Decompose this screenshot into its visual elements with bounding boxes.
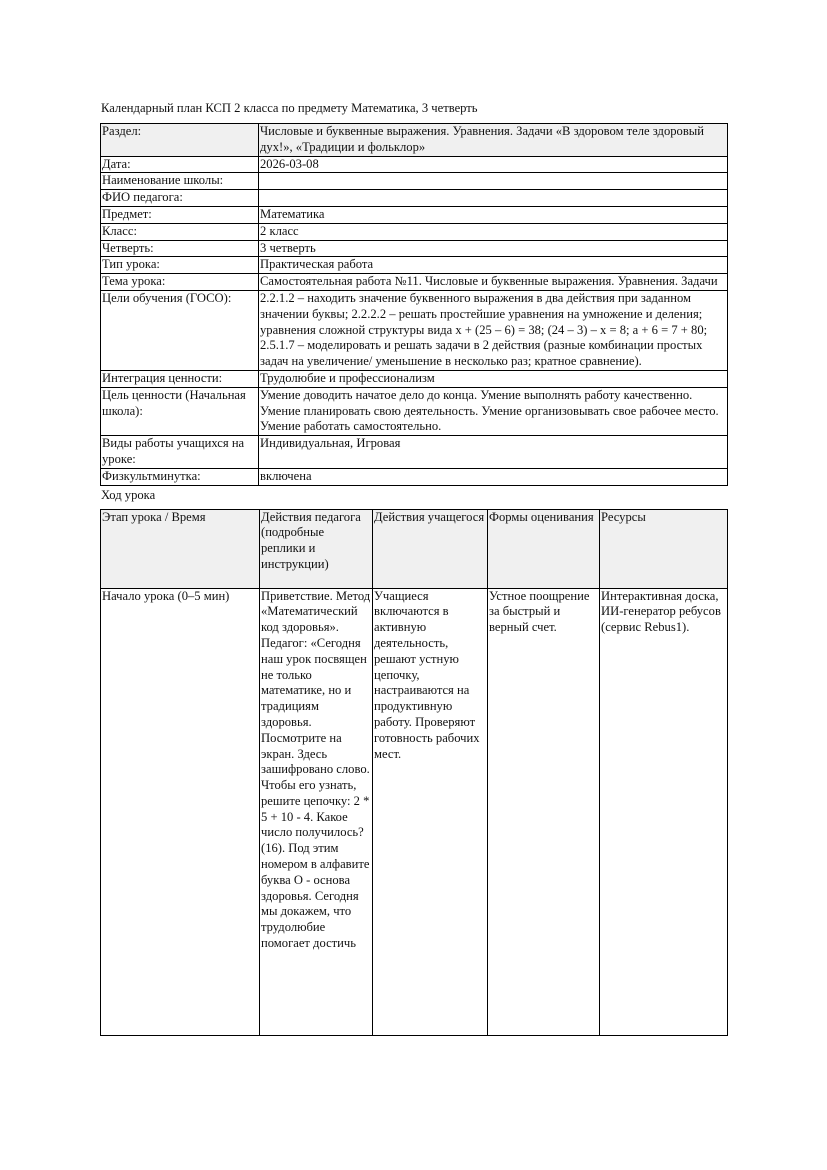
info-label: Тип урока: (101, 257, 259, 274)
info-value: 2026-03-08 (259, 156, 728, 173)
lesson-flow-row: Начало урока (0–5 мин) Приветствие. Мето… (101, 588, 728, 1035)
info-row: Физкультминутка:включена (101, 468, 728, 485)
info-value (259, 173, 728, 190)
info-row: ФИО педагога: (101, 190, 728, 207)
info-label: Дата: (101, 156, 259, 173)
info-value: 2 класс (259, 223, 728, 240)
info-row: Тема урока:Самостоятельная работа №11. Ч… (101, 274, 728, 291)
info-row: Предмет:Математика (101, 206, 728, 223)
info-row: Цели обучения (ГОСО):2.2.1.2 – находить … (101, 290, 728, 370)
header-resources: Ресурсы (600, 509, 728, 588)
document-title: Календарный план КСП 2 класса по предмет… (101, 100, 728, 116)
info-label: ФИО педагога: (101, 190, 259, 207)
info-value: 2.2.1.2 – находить значение буквенного в… (259, 290, 728, 370)
cell-stage: Начало урока (0–5 мин) (101, 588, 260, 1035)
info-value: Индивидуальная, Игровая (259, 436, 728, 469)
document-page: Календарный план КСП 2 класса по предмет… (100, 100, 728, 1036)
info-label: Виды работы учащихся на уроке: (101, 436, 259, 469)
info-row: Четверть:3 четверть (101, 240, 728, 257)
cell-assessment: Устное поощрение за быстрый и верный сче… (488, 588, 600, 1035)
info-value: Математика (259, 206, 728, 223)
info-label: Предмет: (101, 206, 259, 223)
info-label: Раздел: (101, 124, 259, 157)
header-assessment: Формы оценивания (488, 509, 600, 588)
cell-resources: Интерактивная доска, ИИ-генератор ребусо… (600, 588, 728, 1035)
info-value: Трудолюбие и профессионализм (259, 370, 728, 387)
cell-teacher-actions: Приветствие. Метод «Математический код з… (260, 588, 373, 1035)
info-row: Наименование школы: (101, 173, 728, 190)
info-value: Числовые и буквенные выражения. Уравнени… (259, 124, 728, 157)
info-value: 3 четверть (259, 240, 728, 257)
info-label: Физкультминутка: (101, 468, 259, 485)
info-value: включена (259, 468, 728, 485)
info-row: Дата:2026-03-08 (101, 156, 728, 173)
cell-student-actions: Учащиеся включаются в активную деятельно… (373, 588, 488, 1035)
info-row: Тип урока:Практическая работа (101, 257, 728, 274)
info-label: Наименование школы: (101, 173, 259, 190)
info-value: Практическая работа (259, 257, 728, 274)
info-label: Класс: (101, 223, 259, 240)
info-row: Раздел:Числовые и буквенные выражения. У… (101, 124, 728, 157)
header-stage: Этап урока / Время (101, 509, 260, 588)
info-label: Интеграция ценности: (101, 370, 259, 387)
info-label: Четверть: (101, 240, 259, 257)
info-row: Класс:2 класс (101, 223, 728, 240)
info-value: Самостоятельная работа №11. Числовые и б… (259, 274, 728, 291)
lesson-flow-table: Этап урока / Время Действия педагога (по… (100, 509, 728, 1036)
info-row: Виды работы учащихся на уроке:Индивидуал… (101, 436, 728, 469)
lesson-flow-header-row: Этап урока / Время Действия педагога (по… (101, 509, 728, 588)
info-label: Цель ценности (Начальная школа): (101, 387, 259, 435)
info-row: Цель ценности (Начальная школа):Умение д… (101, 387, 728, 435)
header-student-actions: Действия учащегося (373, 509, 488, 588)
lesson-flow-title: Ход урока (101, 487, 728, 503)
lesson-info-table: Раздел:Числовые и буквенные выражения. У… (100, 123, 728, 486)
info-label: Тема урока: (101, 274, 259, 291)
info-label: Цели обучения (ГОСО): (101, 290, 259, 370)
info-value (259, 190, 728, 207)
header-teacher-actions: Действия педагога (подробные реплики и и… (260, 509, 373, 588)
info-row: Интеграция ценности:Трудолюбие и професс… (101, 370, 728, 387)
info-value: Умение доводить начатое дело до конца. У… (259, 387, 728, 435)
